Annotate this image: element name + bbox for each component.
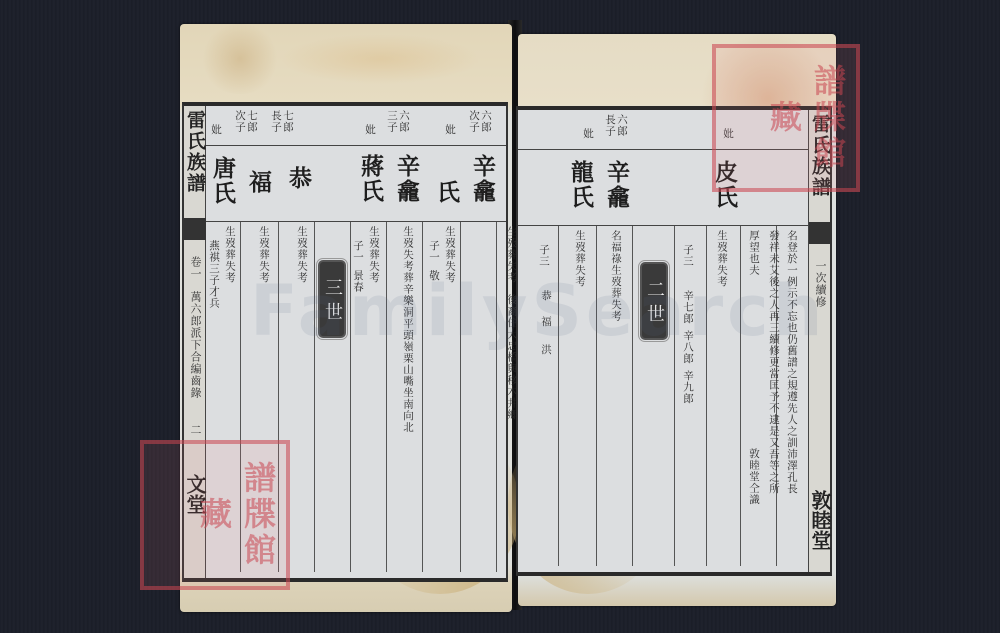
detail-text: 子三 bbox=[682, 244, 694, 267]
detail-text: 辛八郎 bbox=[682, 330, 694, 365]
library-seal: 譜牒館藏 bbox=[712, 44, 860, 192]
generation-marker: 三世 bbox=[318, 260, 346, 338]
section-label: 萬六郎派下合編齒錄 bbox=[184, 291, 206, 399]
detail-text: 生歿失考葬辛樂洞平頭嶺栗山嘴坐南向北 bbox=[402, 226, 414, 433]
detail-text: 恭 bbox=[540, 290, 552, 302]
relation-text: 妣 bbox=[210, 124, 222, 136]
person-name: 辛龕 bbox=[602, 160, 630, 210]
detail-text: 燕祺三子才兵 bbox=[208, 240, 220, 309]
detail-text: 生歿葬失考 bbox=[444, 226, 456, 284]
detail-text: 敬 bbox=[428, 270, 440, 282]
book-title: 雷氏族譜 bbox=[184, 110, 206, 194]
preface-signature: 敦睦堂仝識 bbox=[748, 448, 760, 506]
detail-text: 洪 bbox=[540, 344, 552, 356]
detail-text: 生歿葬失考 bbox=[716, 230, 728, 288]
water-stain bbox=[280, 34, 480, 84]
column-rule bbox=[632, 226, 633, 566]
page-number: 二 bbox=[184, 424, 206, 436]
details-body: 子三 恭 福 洪 生歿葬失考 名福祿生歿葬失考 二世 子三 辛七郎 辛八郎 辛九… bbox=[518, 226, 808, 572]
relation-text: 六郎次子 bbox=[468, 110, 492, 144]
column-rule bbox=[386, 222, 387, 572]
detail-text: 生歿葬失考 bbox=[296, 226, 308, 284]
hall-name: 敦睦堂 bbox=[809, 490, 831, 550]
column-rule bbox=[706, 226, 707, 566]
name-band: 唐氏 福 恭 蔣氏 辛龕 氏 辛龕 bbox=[206, 146, 506, 222]
column-rule bbox=[740, 226, 741, 566]
column-rule bbox=[596, 226, 597, 566]
column-rule bbox=[460, 222, 461, 572]
relation-text: 六郎長子 bbox=[604, 114, 628, 148]
relation-text: 妣 bbox=[582, 128, 594, 140]
person-name: 辛龕 bbox=[392, 154, 420, 204]
detail-text: 福 bbox=[540, 316, 552, 328]
person-name: 龍氏 bbox=[566, 160, 594, 210]
relation-text: 妣 bbox=[444, 124, 456, 136]
person-name: 恭 bbox=[284, 166, 312, 191]
water-stain bbox=[200, 24, 280, 94]
detail-text: 子三 bbox=[538, 244, 550, 267]
person-name: 氏 bbox=[432, 180, 460, 205]
detail-text: 辛九郎 bbox=[682, 370, 694, 405]
volume-label: 卷一 bbox=[184, 256, 206, 280]
person-name: 蔣氏 bbox=[356, 154, 384, 204]
column-rule bbox=[496, 222, 497, 572]
edition-note: 一次續修 bbox=[809, 260, 831, 308]
relation-band: 妣 七郎次子 七郎長子 妣 六郎三子 妣 六郎次子 bbox=[206, 106, 506, 146]
relation-text: 妣 bbox=[364, 124, 376, 136]
person-name: 唐氏 bbox=[208, 156, 236, 206]
relation-text: 七郎次子 bbox=[234, 110, 258, 144]
column-rule bbox=[558, 226, 559, 566]
detail-text: 生歿葬失考 bbox=[368, 226, 380, 284]
detail-text: 生歿葬失考 bbox=[574, 230, 586, 288]
detail-text: 生歿葬失考 bbox=[224, 226, 236, 284]
column-rule bbox=[674, 226, 675, 566]
library-seal: 譜牒館藏 bbox=[140, 440, 290, 590]
margin-fishtail bbox=[809, 222, 831, 244]
detail-text: 名福祿生歿葬失考 bbox=[610, 230, 622, 322]
column-rule bbox=[422, 222, 423, 572]
person-name: 福 bbox=[244, 170, 272, 195]
preface-text: 厚望也夫 bbox=[748, 230, 760, 276]
relation-text: 六郎三子 bbox=[386, 110, 410, 144]
person-name: 辛龕 bbox=[468, 154, 496, 204]
preface-text: 名登於一例示不忘也仍舊譜之規遵先人之訓沛澤孔長 bbox=[786, 230, 798, 495]
detail-text: 生歿葬失考 bbox=[258, 226, 270, 284]
detail-text: 子一 bbox=[428, 240, 440, 263]
relation-text: 七郎長子 bbox=[270, 110, 294, 144]
generation-marker: 二世 bbox=[640, 262, 668, 340]
detail-text: 景春 bbox=[352, 270, 364, 293]
detail-text: 辛七郎 bbox=[682, 290, 694, 325]
column-rule bbox=[314, 222, 315, 572]
margin-fishtail bbox=[184, 218, 206, 240]
preface-text: 發祥未艾後之人再三續修更當匡予不逮是又吾等之所 bbox=[768, 230, 780, 495]
column-rule bbox=[350, 222, 351, 572]
detail-text: 子一 bbox=[352, 240, 364, 263]
